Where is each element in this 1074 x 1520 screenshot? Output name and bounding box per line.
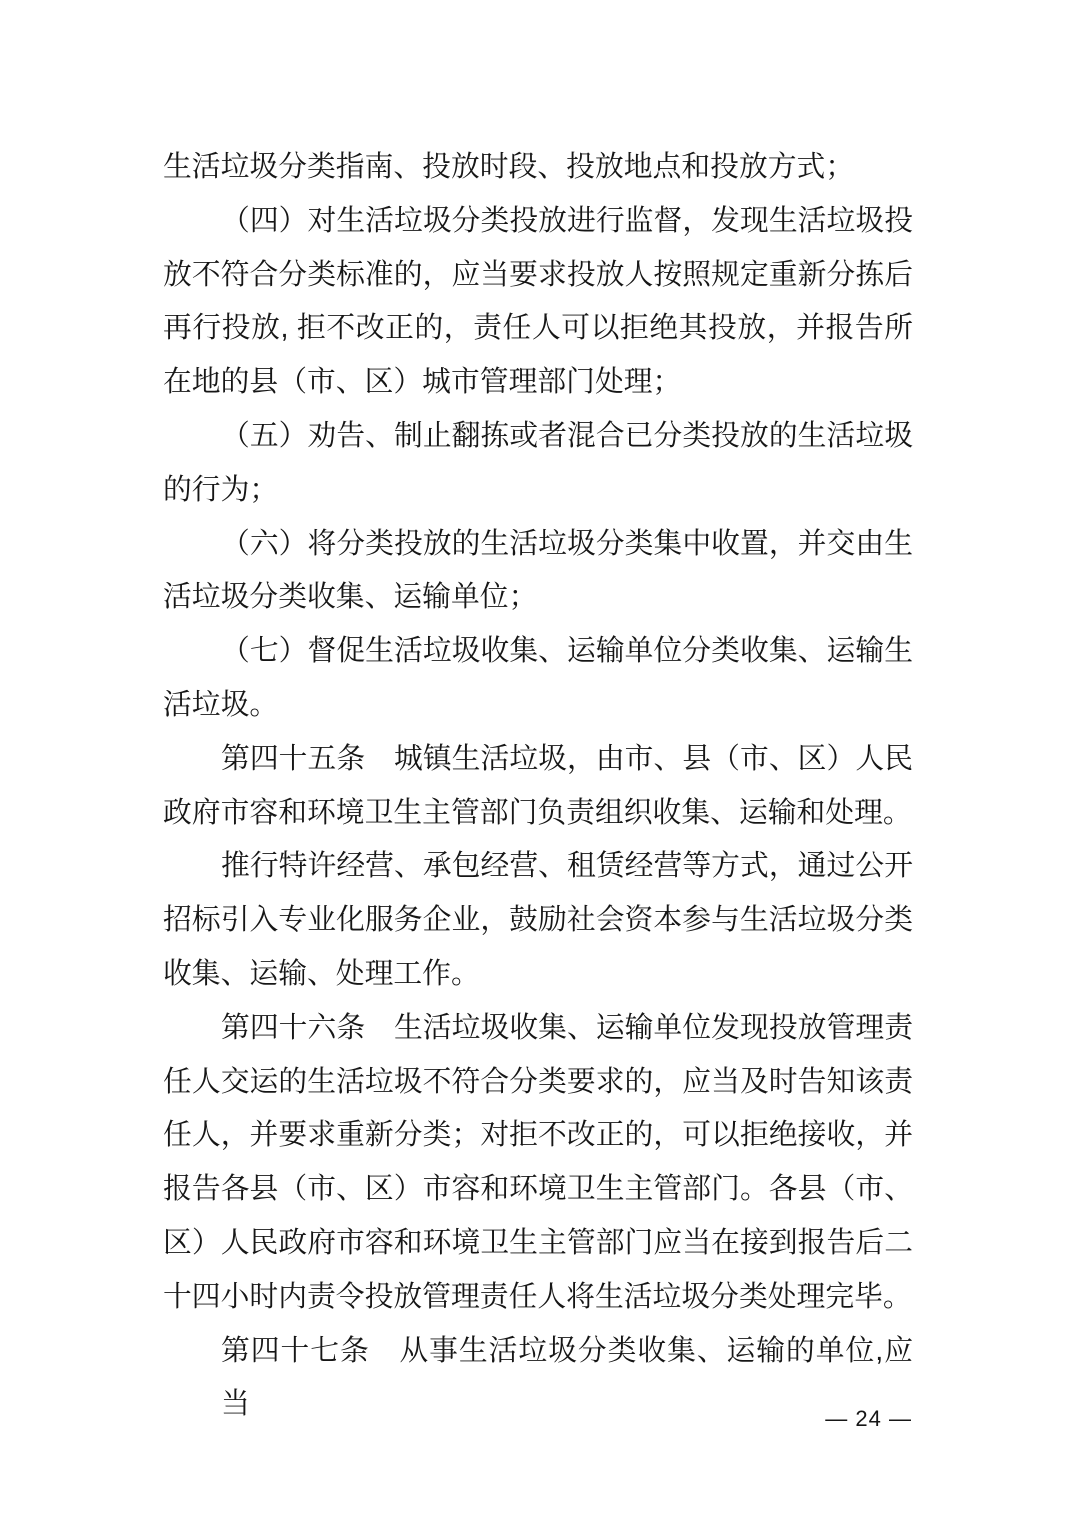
document-line: 任人，并要求重新分类；对拒不改正的，可以拒绝接收，并 — [163, 1109, 913, 1163]
document-line: （七）督促生活垃圾收集、运输单位分类收集、运输生 — [163, 625, 913, 679]
document-line: 放不符合分类标准的，应当要求投放人按照规定重新分拣后 — [163, 249, 913, 303]
document-line: 在地的县（市、区）城市管理部门处理； — [163, 356, 913, 410]
document-line: 任人交运的生活垃圾不符合分类要求的，应当及时告知该责 — [163, 1056, 913, 1110]
page-number: — 24 — — [825, 1406, 912, 1431]
document-line: 第四十五条 城镇生活垃圾，由市、县（市、区）人民 — [163, 733, 913, 787]
document-page: 生活垃圾分类指南、投放时段、投放地点和投放方式；（四）对生活垃圾分类投放进行监督… — [0, 0, 1074, 1520]
document-line: 区）人民政府市容和环境卫生主管部门应当在接到报告后二 — [163, 1217, 913, 1271]
page-footer: — 24 — — [825, 1404, 912, 1434]
document-line: 政府市容和环境卫生主管部门负责组织收集、运输和处理。 — [163, 787, 913, 841]
document-line: 活垃圾。 — [163, 679, 913, 733]
document-line: 收集、运输、处理工作。 — [163, 948, 913, 1002]
document-body: 生活垃圾分类指南、投放时段、投放地点和投放方式；（四）对生活垃圾分类投放进行监督… — [163, 141, 913, 1378]
document-line: 的行为； — [163, 464, 913, 518]
document-line: （六）将分类投放的生活垃圾分类集中收置，并交由生 — [163, 518, 913, 572]
document-line: 推行特许经营、承包经营、租赁经营等方式，通过公开 — [163, 840, 913, 894]
document-line: 第四十七条 从事生活垃圾分类收集、运输的单位,应当 — [163, 1325, 913, 1379]
document-line: （五）劝告、制止翻拣或者混合已分类投放的生活垃圾 — [163, 410, 913, 464]
document-line: 报告各县（市、区）市容和环境卫生主管部门。各县（市、 — [163, 1163, 913, 1217]
document-line: 十四小时内责令投放管理责任人将生活垃圾分类处理完毕。 — [163, 1271, 913, 1325]
document-line: 招标引入专业化服务企业，鼓励社会资本参与生活垃圾分类 — [163, 894, 913, 948]
document-line: （四）对生活垃圾分类投放进行监督，发现生活垃圾投 — [163, 195, 913, 249]
document-line: 再行投放, 拒不改正的，责任人可以拒绝其投放，并报告所 — [163, 302, 913, 356]
document-line: 第四十六条 生活垃圾收集、运输单位发现投放管理责 — [163, 1002, 913, 1056]
document-line: 活垃圾分类收集、运输单位； — [163, 571, 913, 625]
document-line: 生活垃圾分类指南、投放时段、投放地点和投放方式； — [163, 141, 913, 195]
